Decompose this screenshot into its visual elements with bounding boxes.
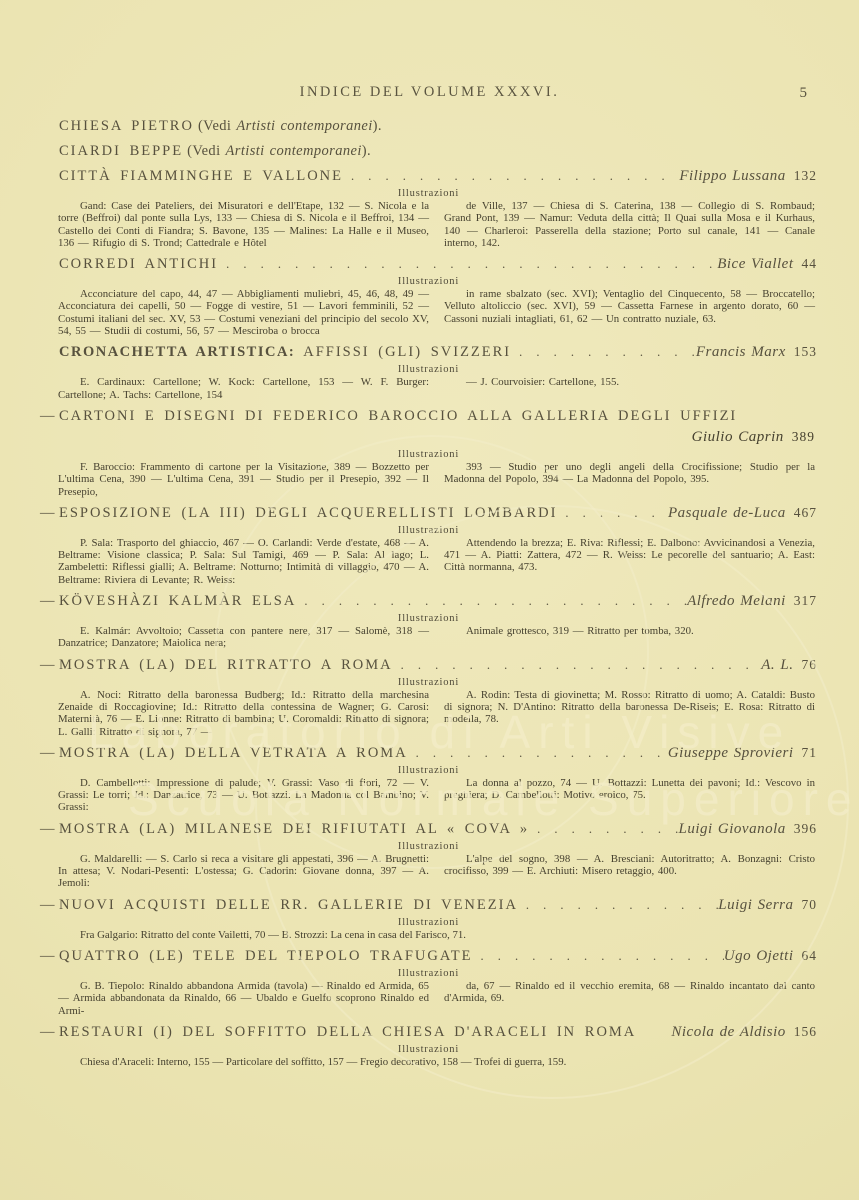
dot-leader: . . . . . . . . . . . . . . . . . . . . … xyxy=(296,591,687,611)
entry-author: Pasquale de-Luca xyxy=(668,503,786,523)
entry-author: A. L. xyxy=(761,655,793,675)
toc-entry-title-row: —MOSTRA (LA) DEL RITRATTO A ROMA. . . . … xyxy=(40,655,817,675)
entry-page-ref: 389 xyxy=(792,429,815,444)
toc-entry: CRONACHETTA ARTISTICA:AFFISSI (GLI) SVIZ… xyxy=(40,342,817,401)
toc-entry-title-row: —QUATTRO (LE) TELE DEL TIEPOLO TRAFUGATE… xyxy=(40,946,817,966)
entry-author-row: Giulio Caprin389 xyxy=(40,427,817,447)
entry-page-ref: 156 xyxy=(794,1022,817,1042)
dot-leader: . . . . . . . . . . . . . . . . . . . . … xyxy=(518,895,718,915)
entry-dash-mark: — xyxy=(40,406,59,426)
page-header-title: INDICE DEL VOLUME XXXVI. xyxy=(0,84,859,101)
entry-dash-mark: — xyxy=(40,819,59,839)
toc-entry-title-row: —ESPOSIZIONE (LA III) DEGLI ACQUERELLIST… xyxy=(40,503,817,523)
entry-author: Luigi Giovanola xyxy=(678,819,785,839)
entry-author: Ugo Ojetti xyxy=(724,946,794,966)
illustrations-label: Illustrazioni xyxy=(40,525,817,536)
illustrations-line: Fra Galgario: Ritratto del conte Vailett… xyxy=(40,929,817,941)
entry-title: RESTAURI (I) DEL SOFFITTO DELLA CHIESA D… xyxy=(59,1022,636,1042)
illustrations-label: Illustrazioni xyxy=(40,1044,817,1055)
entry-title: MOSTRA (LA) DELLA VETRATA A ROMA xyxy=(59,743,408,763)
illustrations-columns: P. Sala: Trasporto del ghiaccio, 467 — O… xyxy=(40,537,817,586)
illustrations-column-left: G. Maldarelli: — S. Carlo si reca a visi… xyxy=(58,853,429,890)
entry-dash-mark: — xyxy=(40,743,59,763)
entry-page-ref: 132 xyxy=(794,166,817,186)
illustrations-column-right: de Ville, 137 — Chiesa di S. Caterina, 1… xyxy=(444,200,815,249)
entry-title: CARTONI E DISEGNI DI FEDERICO BAROCCIO A… xyxy=(59,406,737,426)
entry-author: Giuseppe Sprovieri xyxy=(668,743,794,763)
toc-entry-title-row: —NUOVI ACQUISTI DELLE RR. GALLERIE DI VE… xyxy=(40,895,817,915)
illustrations-column-right: da, 67 — Rinaldo ed il vecchio eremita, … xyxy=(444,980,815,1017)
toc-entry-title-row: —RESTAURI (I) DEL SOFFITTO DELLA CHIESA … xyxy=(40,1022,817,1042)
illustrations-label: Illustrazioni xyxy=(40,449,817,460)
entry-page-ref: 71 xyxy=(802,743,818,763)
entry-title: CHIESA PIETRO xyxy=(59,116,194,136)
entry-dash-mark: — xyxy=(40,895,59,915)
entry-author: Luigi Serra xyxy=(718,895,793,915)
dot-leader: . . . . . . . . . . . . . . . . . . . . … xyxy=(472,946,723,966)
illustrations-columns: E. Kalmár: Avvoltoio; Cassetta con pante… xyxy=(40,625,817,650)
dot-leader: . . . . . . . . . . . . . . . . . . . . … xyxy=(408,743,668,763)
illustrations-label: Illustrazioni xyxy=(40,364,817,375)
entry-title: CORREDI ANTICHI xyxy=(59,254,218,274)
illustrations-columns: Gand: Case dei Pateliers, dei Misuratori… xyxy=(40,200,817,249)
entry-title: NUOVI ACQUISTI DELLE RR. GALLERIE DI VEN… xyxy=(59,895,518,915)
toc-entry: CORREDI ANTICHI. . . . . . . . . . . . .… xyxy=(40,254,817,337)
entry-dash-mark: — xyxy=(40,503,59,523)
entry-title: CITTÀ FIAMMINGHE E VALLONE xyxy=(59,166,343,186)
entry-author: Francis Marx xyxy=(696,342,786,362)
entry-dash-mark: — xyxy=(40,946,59,966)
illustrations-columns: Acconciature del capo, 44, 47 — Abbiglia… xyxy=(40,288,817,337)
entry-page-ref: 64 xyxy=(802,946,818,966)
illustrations-label: Illustrazioni xyxy=(40,677,817,688)
toc-entry-title-row: CIARDI BEPPE(Vedi Artisti contemporanei)… xyxy=(40,141,817,161)
illustrations-column-right: Animale grottesco, 319 — Ritratto per to… xyxy=(444,625,815,650)
dot-leader: . . . . . . . . . . . . . . . . . . . . … xyxy=(557,503,668,523)
toc-entry: CHIESA PIETRO(Vedi Artisti contemporanei… xyxy=(40,116,817,136)
dot-leader: . . . . . . . . . . . . . . . . . . . . … xyxy=(529,819,678,839)
dot-leader: . . . . . . . . . . . . . . . . . . . . … xyxy=(343,166,679,186)
entry-title: AFFISSI (GLI) SVIZZERI xyxy=(303,342,511,362)
toc-entry: —NUOVI ACQUISTI DELLE RR. GALLERIE DI VE… xyxy=(40,895,817,941)
entry-page-ref: 76 xyxy=(802,655,818,675)
dot-leader: . . . . . . . . . . . . . . . . . . . . … xyxy=(511,342,696,362)
dot-leader: . . . . . . . . . . . . . . . . . . . . … xyxy=(393,655,762,675)
entry-title-bold: CRONACHETTA ARTISTICA: xyxy=(59,342,295,362)
illustrations-columns: A. Noci: Ritratto della baronessa Budber… xyxy=(40,689,817,738)
entry-title: ESPOSIZIONE (LA III) DEGLI ACQUERELLISTI… xyxy=(59,503,557,523)
toc-entry-title-row: —KÖVESHÀZI KALMÀR ELSA. . . . . . . . . … xyxy=(40,591,817,611)
illustrations-column-right: — J. Courvoisier: Cartellone, 155. xyxy=(444,376,815,401)
entry-author: Filippo Lussana xyxy=(679,166,785,186)
toc-entry-title-row: CRONACHETTA ARTISTICA:AFFISSI (GLI) SVIZ… xyxy=(40,342,817,362)
toc-entry: —MOSTRA (LA) DEL RITRATTO A ROMA. . . . … xyxy=(40,655,817,738)
entry-author: Giulio Caprin xyxy=(692,429,784,445)
illustrations-label: Illustrazioni xyxy=(40,613,817,624)
illustrations-label: Illustrazioni xyxy=(40,841,817,852)
table-of-contents: CHIESA PIETRO(Vedi Artisti contemporanei… xyxy=(40,116,817,1068)
illustrations-line: Chiesa d'Araceli: Interno, 155 — Partico… xyxy=(40,1056,817,1068)
entry-author: Nicola de Aldisio xyxy=(671,1022,785,1042)
illustrations-column-left: A. Noci: Ritratto della baronessa Budber… xyxy=(58,689,429,738)
dot-leader: . . . . . . . . . . . . . . . . . . . . … xyxy=(218,254,717,274)
illustrations-label: Illustrazioni xyxy=(40,968,817,979)
illustrations-columns: D. Cambellotti: Impressione di palude; V… xyxy=(40,777,817,814)
illustrations-column-right: Attendendo la brezza; E. Riva: Riflessi;… xyxy=(444,537,815,586)
entry-page-ref: 467 xyxy=(794,503,817,523)
toc-entry-title-row: —MOSTRA (LA) MILANESE DEI RIFIUTATI AL «… xyxy=(40,819,817,839)
illustrations-column-right: A. Rodin: Testa di giovinetta; M. Rosso:… xyxy=(444,689,815,738)
toc-entry: —KÖVESHÀZI KALMÀR ELSA. . . . . . . . . … xyxy=(40,591,817,650)
illustrations-column-right: in rame sbalzato (sec. XVI); Ventaglio d… xyxy=(444,288,815,337)
entry-title: CIARDI BEPPE xyxy=(59,141,183,161)
illustrations-label: Illustrazioni xyxy=(40,188,817,199)
illustrations-column-left: P. Sala: Trasporto del ghiaccio, 467 — O… xyxy=(58,537,429,586)
toc-entry-title-row: CHIESA PIETRO(Vedi Artisti contemporanei… xyxy=(40,116,817,136)
toc-entry: —MOSTRA (LA) DELLA VETRATA A ROMA. . . .… xyxy=(40,743,817,814)
entry-dash-mark: — xyxy=(40,1022,59,1042)
see-reference-italic: Artisti contemporanei xyxy=(226,143,362,159)
illustrations-label: Illustrazioni xyxy=(40,765,817,776)
illustrations-label: Illustrazioni xyxy=(40,917,817,928)
see-reference: (Vedi Artisti contemporanei). xyxy=(187,141,371,161)
entry-page-ref: 44 xyxy=(802,254,818,274)
entry-page-ref: 153 xyxy=(794,342,817,362)
illustrations-column-left: G. B. Tiepolo: Rinaldo abbandona Armida … xyxy=(58,980,429,1017)
entry-dash-mark: — xyxy=(40,591,59,611)
illustrations-column-left: D. Cambellotti: Impressione di palude; V… xyxy=(58,777,429,814)
illustrations-columns: F. Baroccio: Frammento di cartone per la… xyxy=(40,461,817,498)
entry-author: Bice Viallet xyxy=(717,254,793,274)
scanned-index-page: INDICE DEL VOLUME XXXVI. 5 CHIESA PIETRO… xyxy=(0,0,859,1200)
toc-entry: —MOSTRA (LA) MILANESE DEI RIFIUTATI AL «… xyxy=(40,819,817,890)
toc-entry: —QUATTRO (LE) TELE DEL TIEPOLO TRAFUGATE… xyxy=(40,946,817,1017)
toc-entry: CIARDI BEPPE(Vedi Artisti contemporanei)… xyxy=(40,141,817,161)
entry-title: MOSTRA (LA) MILANESE DEI RIFIUTATI AL « … xyxy=(59,819,529,839)
entry-title: MOSTRA (LA) DEL RITRATTO A ROMA xyxy=(59,655,393,675)
page-number: 5 xyxy=(800,85,808,102)
toc-entry: —CARTONI E DISEGNI DI FEDERICO BAROCCIO … xyxy=(40,406,817,498)
see-reference-italic: Artisti contemporanei xyxy=(236,118,372,134)
toc-entry-title-row: CITTÀ FIAMMINGHE E VALLONE. . . . . . . … xyxy=(40,166,817,186)
entry-author: Alfredo Melani xyxy=(687,591,786,611)
toc-entry-title-row: CORREDI ANTICHI. . . . . . . . . . . . .… xyxy=(40,254,817,274)
illustrations-column-left: F. Baroccio: Frammento di cartone per la… xyxy=(58,461,429,498)
entry-page-ref: 317 xyxy=(794,591,817,611)
illustrations-column-left: E. Cardinaux: Cartellone; W. Kock: Carte… xyxy=(58,376,429,401)
entry-page-ref: 70 xyxy=(802,895,818,915)
illustrations-column-left: E. Kalmár: Avvoltoio; Cassetta con pante… xyxy=(58,625,429,650)
entry-title: KÖVESHÀZI KALMÀR ELSA xyxy=(59,591,296,611)
entry-page-ref: 396 xyxy=(794,819,817,839)
toc-entry: —ESPOSIZIONE (LA III) DEGLI ACQUERELLIST… xyxy=(40,503,817,586)
toc-entry: —RESTAURI (I) DEL SOFFITTO DELLA CHIESA … xyxy=(40,1022,817,1068)
illustrations-column-left: Acconciature del capo, 44, 47 — Abbiglia… xyxy=(58,288,429,337)
illustrations-column-right: L'alpe del sogno, 398 — A. Bresciani: Au… xyxy=(444,853,815,890)
toc-entry: CITTÀ FIAMMINGHE E VALLONE. . . . . . . … xyxy=(40,166,817,249)
illustrations-label: Illustrazioni xyxy=(40,276,817,287)
illustrations-columns: G. Maldarelli: — S. Carlo si reca a visi… xyxy=(40,853,817,890)
toc-entry-title-row: —CARTONI E DISEGNI DI FEDERICO BAROCCIO … xyxy=(40,406,817,426)
illustrations-column-right: 393 — Studio per uno degli angeli della … xyxy=(444,461,815,498)
illustrations-column-right: La donna al pozzo, 74 — U. Bottazzi: Lun… xyxy=(444,777,815,814)
entry-dash-mark: — xyxy=(40,655,59,675)
see-reference: (Vedi Artisti contemporanei). xyxy=(198,116,382,136)
illustrations-columns: E. Cardinaux: Cartellone; W. Kock: Carte… xyxy=(40,376,817,401)
toc-entry-title-row: —MOSTRA (LA) DELLA VETRATA A ROMA. . . .… xyxy=(40,743,817,763)
entry-title: QUATTRO (LE) TELE DEL TIEPOLO TRAFUGATE xyxy=(59,946,472,966)
illustrations-column-left: Gand: Case dei Pateliers, dei Misuratori… xyxy=(58,200,429,249)
illustrations-columns: G. B. Tiepolo: Rinaldo abbandona Armida … xyxy=(40,980,817,1017)
